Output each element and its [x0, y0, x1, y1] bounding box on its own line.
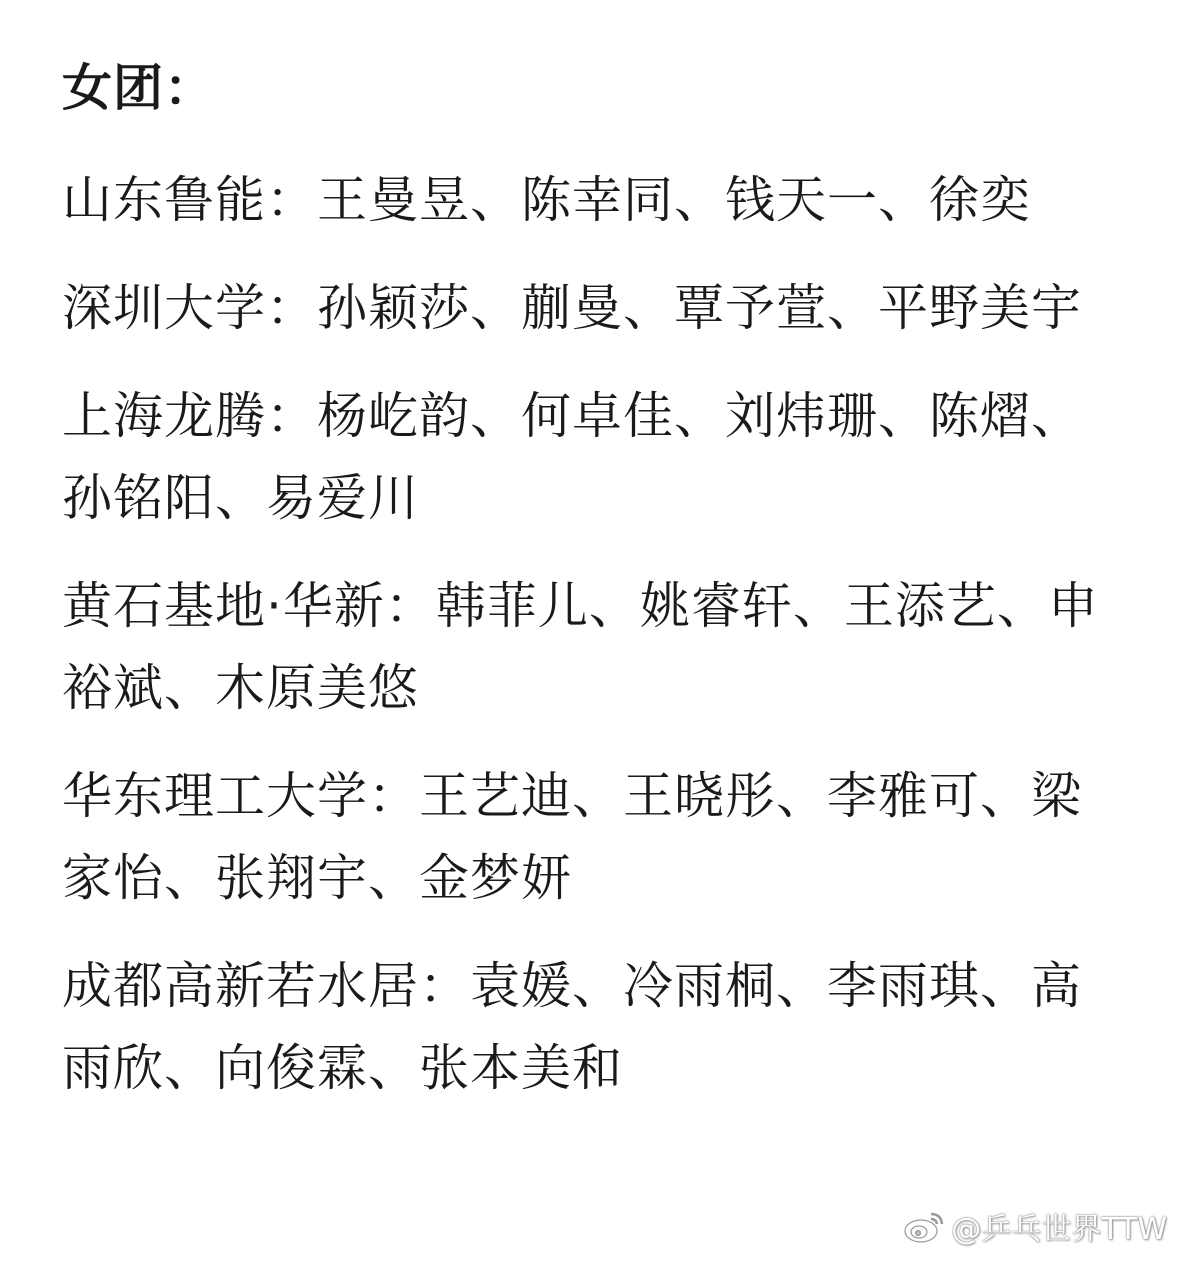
- team-name: 上海龙腾: [62, 387, 266, 445]
- weibo-watermark: @乒乓世界TTW: [903, 1204, 1167, 1248]
- team-separator: ：: [368, 767, 419, 825]
- team-name: 山东鲁能: [62, 171, 266, 229]
- section-title: 女团：: [62, 52, 1122, 124]
- team-separator: ：: [266, 171, 317, 229]
- team-separator: ：: [385, 577, 436, 635]
- team-entry-huangshi: 黄石基地·华新：韩菲儿、姚睿轩、王添艺、申裕斌、木原美悠: [62, 565, 1122, 729]
- weibo-icon: [903, 1208, 947, 1244]
- team-entry-ecust: 华东理工大学：王艺迪、王晓彤、李雅可、梁家怡、张翔宇、金梦妍: [62, 755, 1122, 919]
- team-name: 成都高新若水居: [62, 957, 419, 1015]
- roster-document: 女团： 山东鲁能：王曼昱、陈幸同、钱天一、徐奕 深圳大学：孙颖莎、蒯曼、覃予萱、…: [62, 52, 1122, 1135]
- team-name: 深圳大学: [62, 279, 266, 337]
- team-name: 华东理工大学: [62, 767, 368, 825]
- team-separator: ：: [266, 279, 317, 337]
- team-entry-chengdu: 成都高新若水居：袁媛、冷雨桐、李雨琪、高雨欣、向俊霖、张本美和: [62, 945, 1122, 1109]
- watermark-text: @乒乓世界TTW: [951, 1204, 1167, 1248]
- team-players: 王曼昱、陈幸同、钱天一、徐奕: [317, 171, 1031, 229]
- team-players: 孙颖莎、蒯曼、覃予萱、平野美宇: [317, 279, 1082, 337]
- team-entry-shanghai: 上海龙腾：杨屹韵、何卓佳、刘炜珊、陈熠、孙铭阳、易爱川: [62, 375, 1122, 539]
- team-entry-shandong: 山东鲁能：王曼昱、陈幸同、钱天一、徐奕: [62, 159, 1122, 241]
- team-entry-shenzhen: 深圳大学：孙颖莎、蒯曼、覃予萱、平野美宇: [62, 267, 1122, 349]
- team-separator: ：: [419, 957, 470, 1015]
- team-separator: ：: [266, 387, 317, 445]
- team-name: 黄石基地·华新: [62, 577, 385, 635]
